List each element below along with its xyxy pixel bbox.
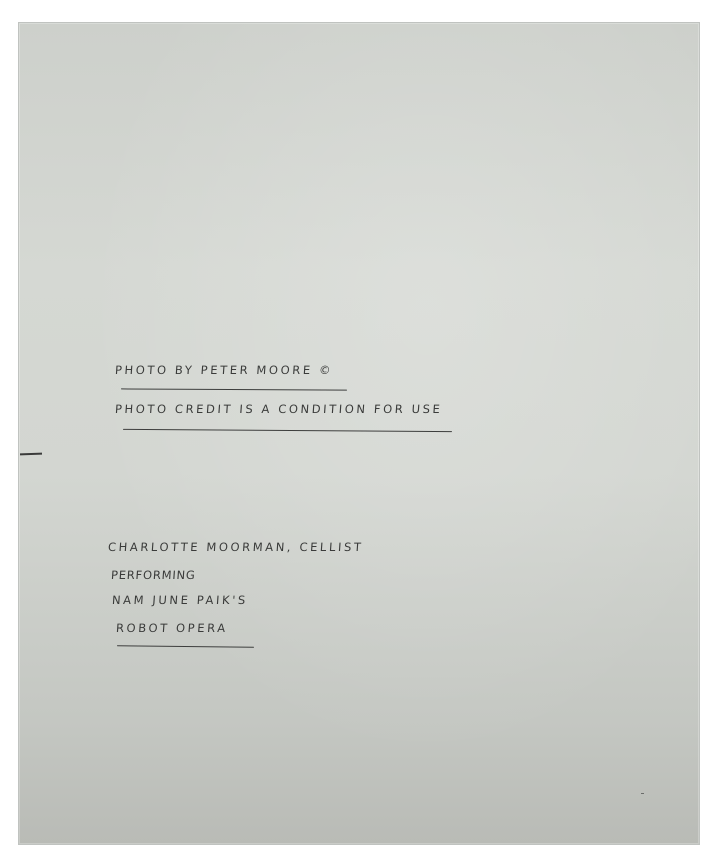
caption-line-performing: PERFORMING bbox=[111, 568, 197, 582]
photo-back-paper bbox=[18, 22, 700, 845]
credit-line-photographer: PHOTO BY PETER MOORE © bbox=[115, 363, 334, 377]
paper-speck bbox=[641, 793, 644, 794]
caption-line-title: ROBOT OPERA bbox=[116, 621, 229, 635]
credit-line-condition: PHOTO CREDIT IS A CONDITION FOR USE bbox=[115, 402, 443, 416]
caption-line-performer: CHARLOTTE MOORMAN, CELLIST bbox=[108, 540, 364, 554]
caption-line-composer: NAM JUNE PAIK'S bbox=[112, 593, 249, 607]
